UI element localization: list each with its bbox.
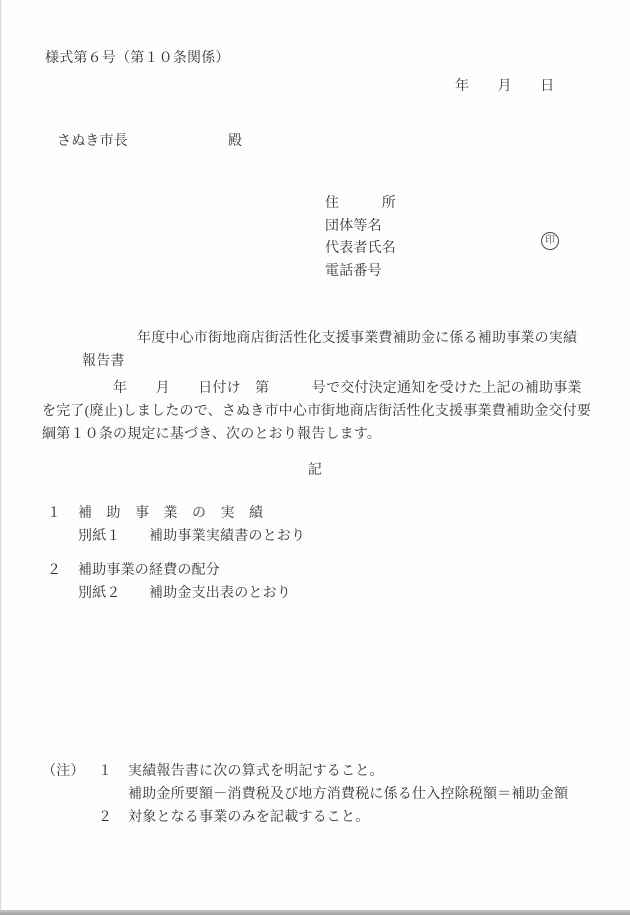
sender-address-label: 住 所 (325, 195, 396, 213)
body-paragraph-line1: 年 月 日付け 第 号で交付決定通知を受けた上記の補助事業 (42, 380, 582, 398)
note2-text: 対象となる事業のみを記載すること。 (128, 809, 369, 827)
document-title-line2: 報告書 (82, 353, 125, 371)
sender-rep-label: 代表者氏名 (325, 240, 396, 258)
body-paragraph-line2: を完了(廃止)しましたので、さぬき市中心市街地商店街活性化支援事業費補助金交付要 (42, 403, 591, 421)
item1-title: 補助事業の実績 (78, 505, 278, 523)
body-paragraph-line3: 綱第１０条の規定に基づき、次のとおり報告します。 (42, 426, 381, 444)
item2-number: ２ (47, 562, 61, 580)
recipient-honorific: 殿 (228, 133, 242, 151)
note2-number: ２ (98, 809, 112, 827)
sender-phone-label: 電話番号 (325, 263, 382, 281)
date-line: 年 月 日 (455, 78, 554, 96)
notes-label: （注） (42, 763, 85, 781)
sender-org-label: 団体等名 (325, 218, 382, 236)
note1-number: １ (98, 763, 112, 781)
seal-icon: 印 (541, 232, 559, 250)
note1-text: 実績報告書に次の算式を明記すること。 (128, 763, 384, 781)
item1-detail: 別紙１ 補助事業実績書のとおり (78, 528, 305, 546)
note-formula: 補助金所要額－消費税及び地方消費税に係る仕入控除税額＝補助金額 (128, 786, 568, 804)
recipient-name: さぬき市長 (57, 133, 128, 151)
item2-title: 補助事業の経費の配分 (78, 562, 220, 580)
item1-number: １ (47, 505, 61, 523)
scan-edge-bottom (0, 910, 630, 915)
form-number: 様式第６号（第１０条関係） (45, 50, 230, 68)
document-title-line1: 年度中心市街地商店街活性化支援事業費補助金に係る補助事業の実績 (137, 330, 577, 348)
document-page: 様式第６号（第１０条関係） 年 月 日 さぬき市長 殿 住 所 団体等名 代表者… (0, 0, 630, 915)
scan-edge-left (0, 0, 2, 915)
item2-detail: 別紙２ 補助金支出表のとおり (78, 585, 291, 603)
ki-heading: 記 (0, 462, 630, 480)
